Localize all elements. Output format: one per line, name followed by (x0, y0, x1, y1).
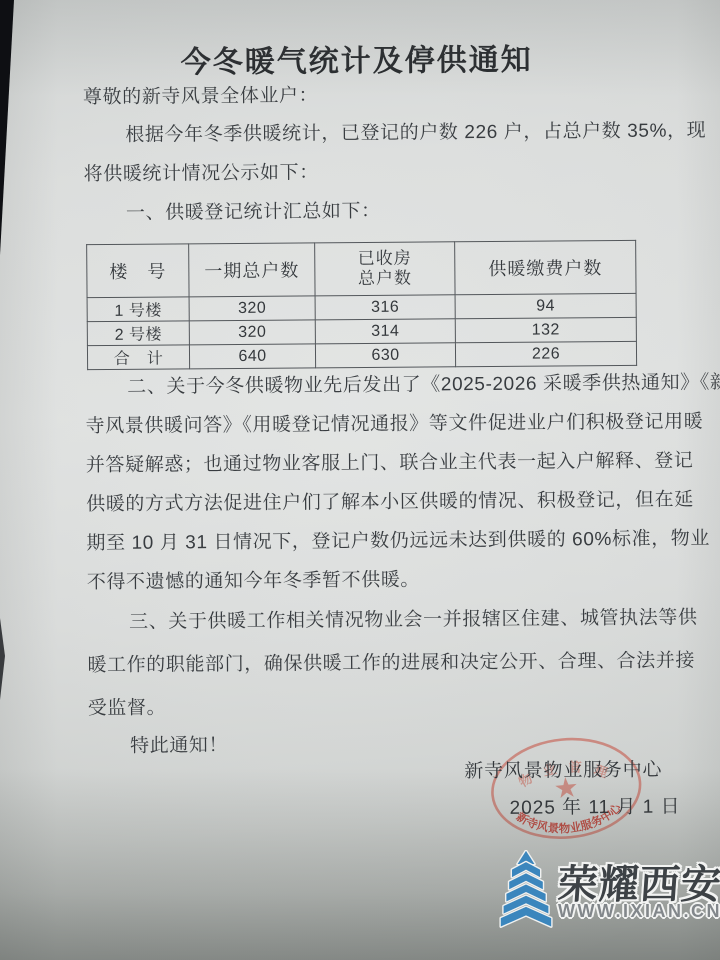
signer-name: 新寺风景物业服务中心 (464, 755, 662, 784)
body-line: 暖工作的职能部门，确保供暖工作的进展和决定公开、合理、合法并接 (87, 645, 695, 677)
cell-handover: 630 (315, 343, 455, 368)
table-row-total: 合 计 640 630 226 (87, 341, 636, 369)
cell-paid: 94 (455, 293, 636, 318)
body-line: 受监督。 (88, 693, 167, 721)
body-line: 期至 10 月 31 日情况下，登记户数仍远远未达到供暖的 60%标准，物业 (86, 523, 710, 555)
salutation: 尊敬的新寺风景全体业户： (83, 80, 318, 109)
page-title: 今冬暖气统计及停供通知 (0, 33, 717, 83)
cell-total: 640 (189, 344, 315, 369)
table-header-total-phase1: 一期总户数 (189, 243, 315, 297)
body-line: 寺风景供暖问答》《用暖登记情况通报》等文件促进业户们积极登记用暖 (85, 406, 703, 438)
cell-building: 合 计 (87, 345, 189, 370)
body-line: 供暖的方式方法促进住户们了解本小区供暖的情况、积极登记，但在延 (86, 484, 694, 516)
table-header-paid: 供暖缴费户数 (455, 240, 636, 294)
watermark-site-url: WWW.IXIAN.CN (558, 901, 720, 922)
intro-line: 根据今年冬季供暖统计，已登记的户数 226 户，占总户数 35%，现 (125, 115, 706, 147)
pagoda-icon (498, 850, 554, 934)
cell-total: 320 (189, 320, 315, 345)
table-header-row: 楼 号 一期总户数 已收房 总户数 供暖缴费户数 (87, 240, 636, 297)
body-line: 并答疑解惑；也通过物业客服上门、联合业主代表一起入户解释、登记 (86, 445, 694, 477)
heating-statistics-table: 楼 号 一期总户数 已收房 总户数 供暖缴费户数 1 号楼 320 316 94… (86, 240, 637, 370)
cell-paid: 226 (455, 341, 636, 366)
cell-handover: 316 (315, 295, 455, 320)
cell-handover: 314 (315, 319, 455, 344)
cell-total: 320 (189, 296, 315, 321)
cell-building: 1 号楼 (87, 297, 189, 322)
table-header-handover: 已收房 总户数 (315, 242, 455, 296)
cell-building: 2 号楼 (87, 321, 189, 346)
photo-of-notice: { "document": { "title": "今冬暖气统计及停供通知", … (0, 0, 720, 960)
official-seal: 物 业 管 理 ★ 新寺风景物业服务中心 (485, 733, 648, 848)
document-date: 2025 年 11 月 1 日 (509, 791, 680, 819)
section1-heading: 一、供暖登记统计汇总如下： (126, 196, 381, 225)
notice-document: 今冬暖气统计及停供通知 尊敬的新寺风景全体业户： 根据今年冬季供暖统计，已登记的… (0, 0, 720, 960)
table-header-building: 楼 号 (87, 244, 189, 298)
body-line: 不得不遗憾的通知今年冬季暂不供暖。 (87, 565, 420, 595)
cell-paid: 132 (455, 317, 636, 342)
site-watermark: 荣耀西安 WWW.IXIAN.CN (492, 845, 712, 945)
body-line: 二、关于今冬供暖物业先后发出了《2025-2026 采暖季供热通知》《新 (127, 367, 720, 399)
intro-line: 将供暖统计情况公示如下： (83, 157, 318, 186)
closing-line: 特此通知！ (130, 730, 228, 758)
body-line: 三、关于供暖工作相关情况物业会一并报辖区住建、城管执法等供 (129, 602, 698, 633)
